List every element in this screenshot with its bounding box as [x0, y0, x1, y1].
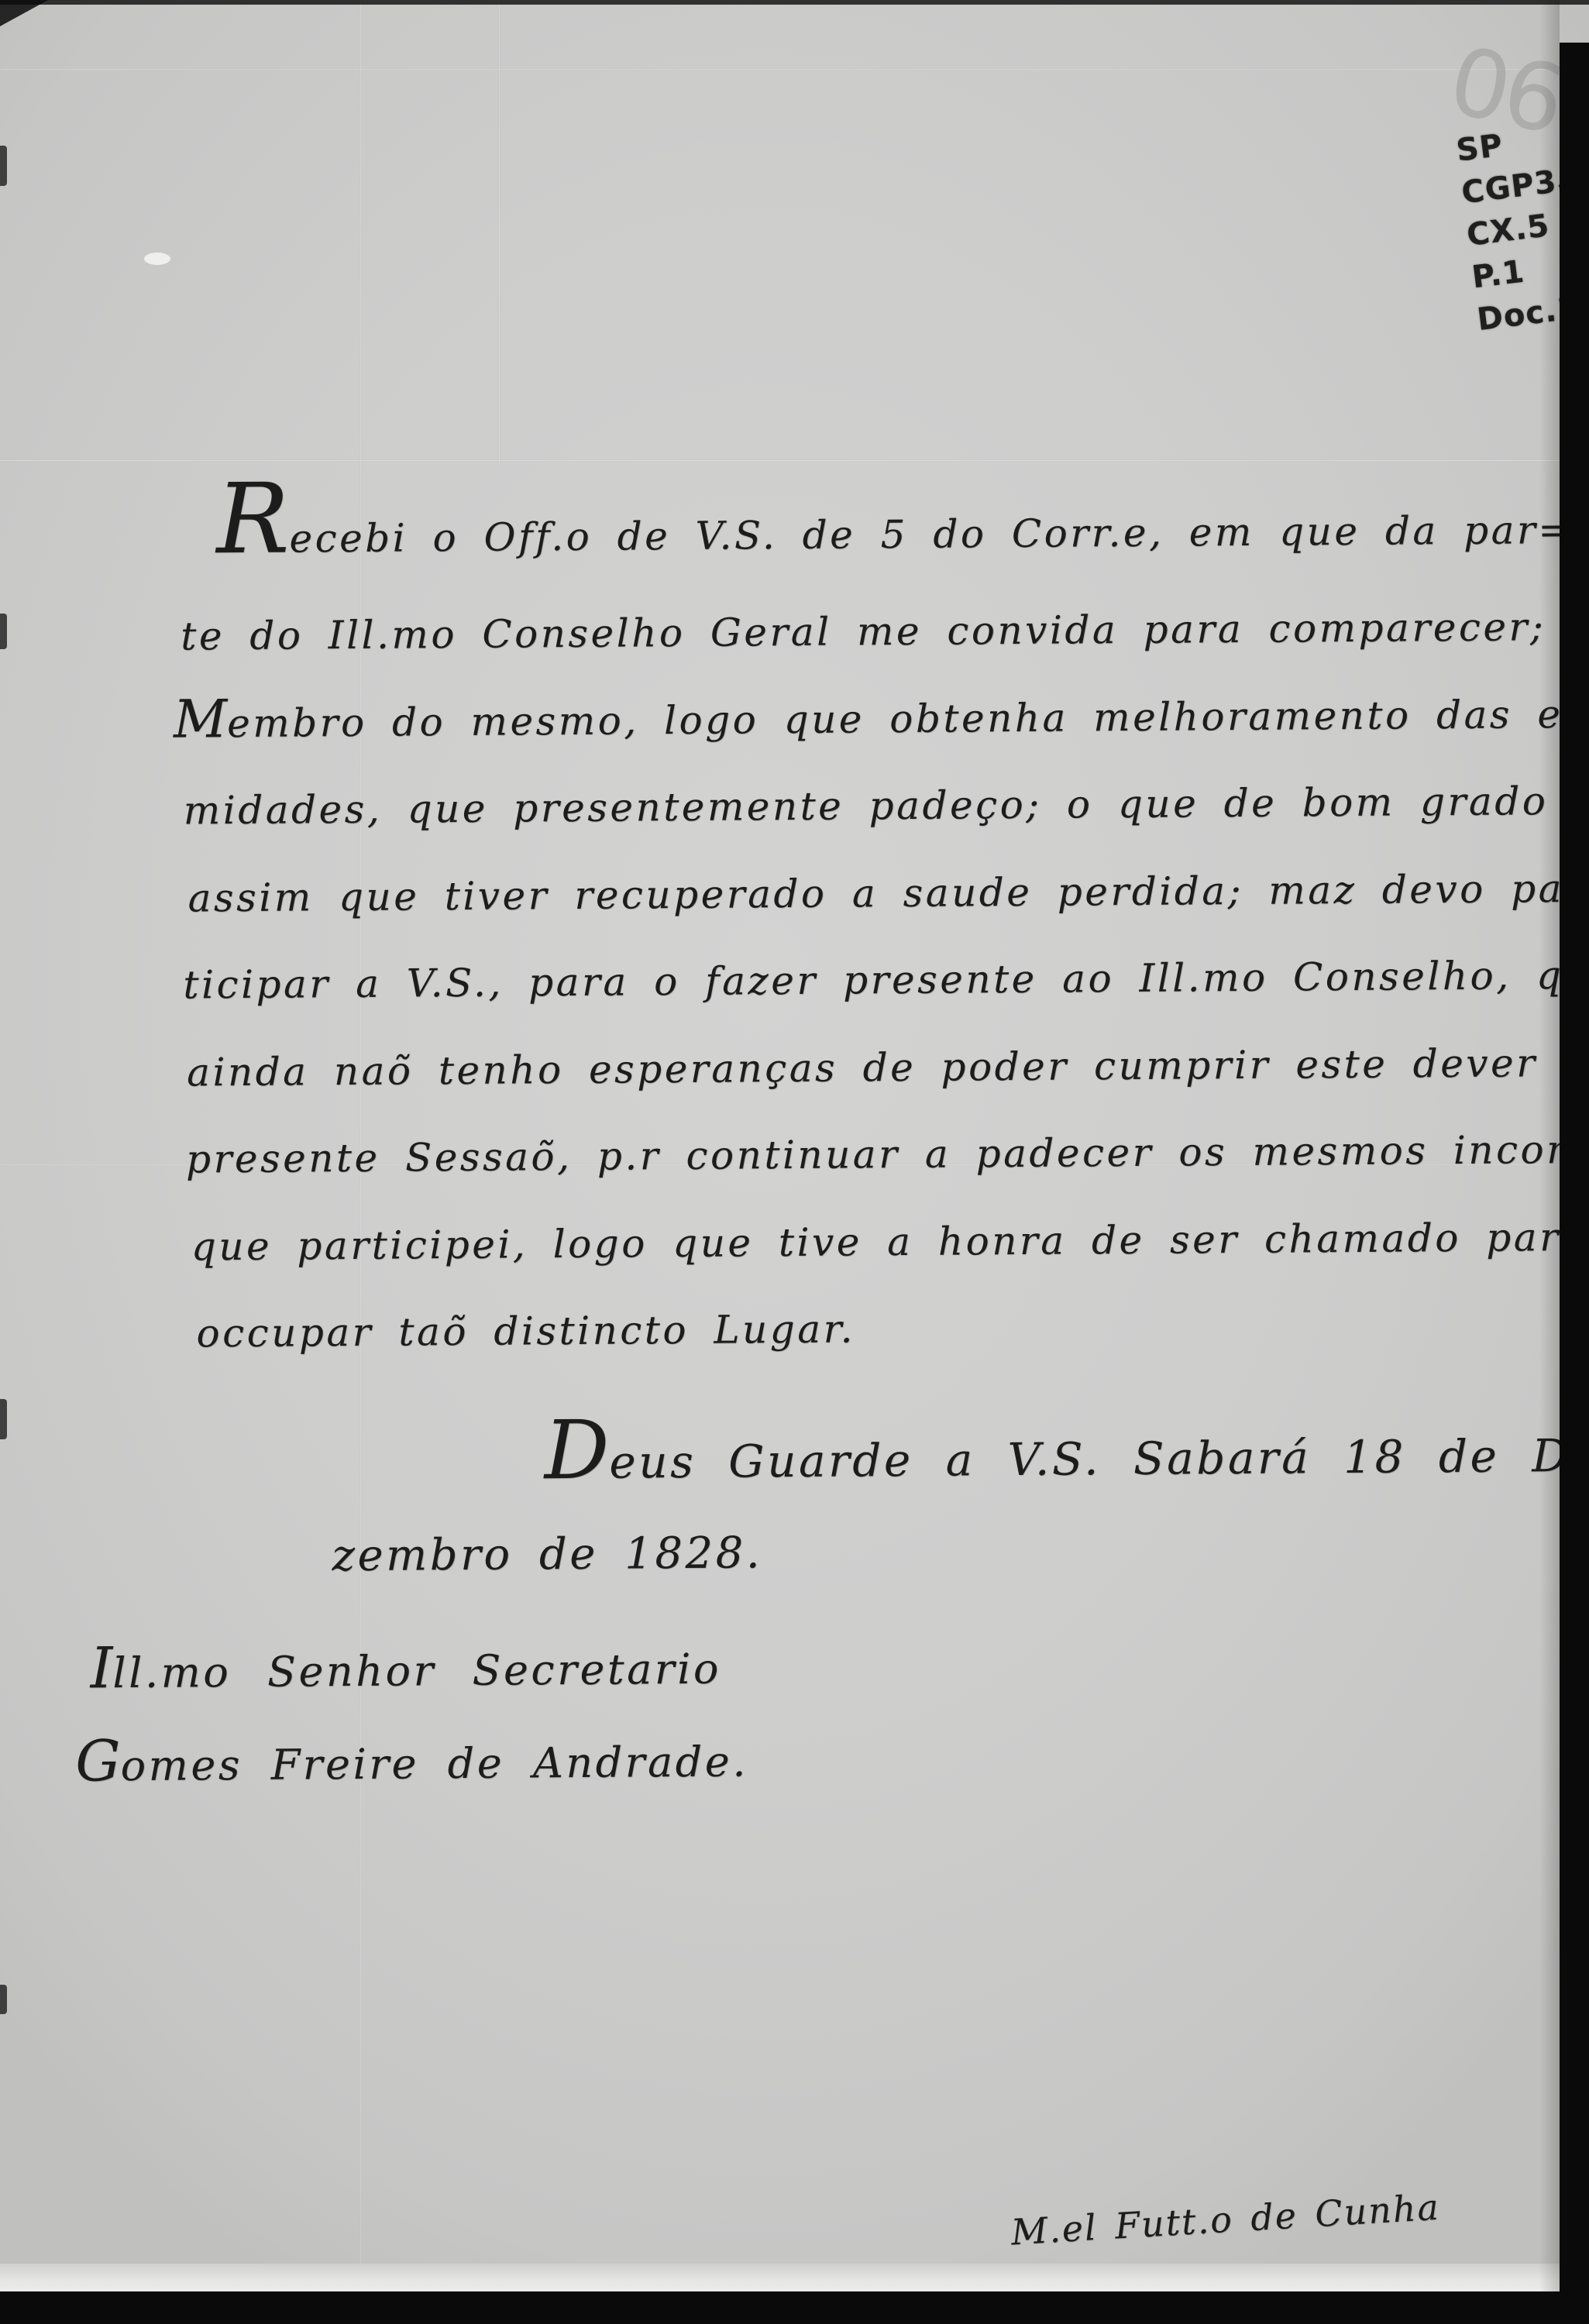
- letter-line: que participei, logo que tive a honra de…: [191, 1215, 1587, 1270]
- letter-line: Membro do mesmo, logo que obtenha melhor…: [174, 691, 1589, 747]
- scan-edge-right: [1560, 43, 1589, 2324]
- letter-line: ticipar a V.S., para o fazer presente ao…: [183, 953, 1589, 1008]
- scan-edge-nub: [0, 1985, 7, 2014]
- dateline-continued: zembro de 1828.: [332, 1528, 762, 1581]
- scan-edge-bottom: [0, 2291, 1589, 2324]
- letter-line: ainda naõ tenho esperanças de poder cump…: [187, 1040, 1589, 1095]
- addressee-title: Ill.mo Senhor Secretario: [90, 1645, 721, 1698]
- letter-line: occupar taõ distincto Lugar.: [196, 1306, 855, 1356]
- scan-edge-top: [0, 0, 1589, 5]
- scan-shadow-right: [1539, 0, 1560, 2324]
- letter-line: assim que tiver recuperado a saude perdi…: [187, 866, 1589, 921]
- dateline: Deus Guarde a V.S. Sabará 18 de De=: [544, 1428, 1589, 1489]
- letter-line: Recebi o Off.o de V.S. de 5 do Corr.e, e…: [216, 507, 1574, 562]
- scan-edge-nub: [0, 1399, 7, 1439]
- scan-edge-nub: [0, 614, 7, 649]
- document-scan: 06 SP CGP32 CX.5 P.1 Doc.1 Recebi o Off.…: [0, 0, 1589, 2324]
- scan-edge-nub: [0, 146, 7, 186]
- addressee-name: Gomes Freire de Andrade.: [75, 1737, 748, 1790]
- letter-line: midades, que presentemente padeço; o que…: [184, 778, 1589, 834]
- letter-line: te do Ill.mo Conselho Geral me convida p…: [181, 603, 1589, 659]
- letter-line: presente Sessaõ, p.r continuar a padecer…: [186, 1126, 1589, 1182]
- signature: M.el Futt.o de Cunha: [1009, 2186, 1441, 2254]
- letter-body: Recebi o Off.o de V.S. de 5 do Corr.e, e…: [0, 0, 1589, 2324]
